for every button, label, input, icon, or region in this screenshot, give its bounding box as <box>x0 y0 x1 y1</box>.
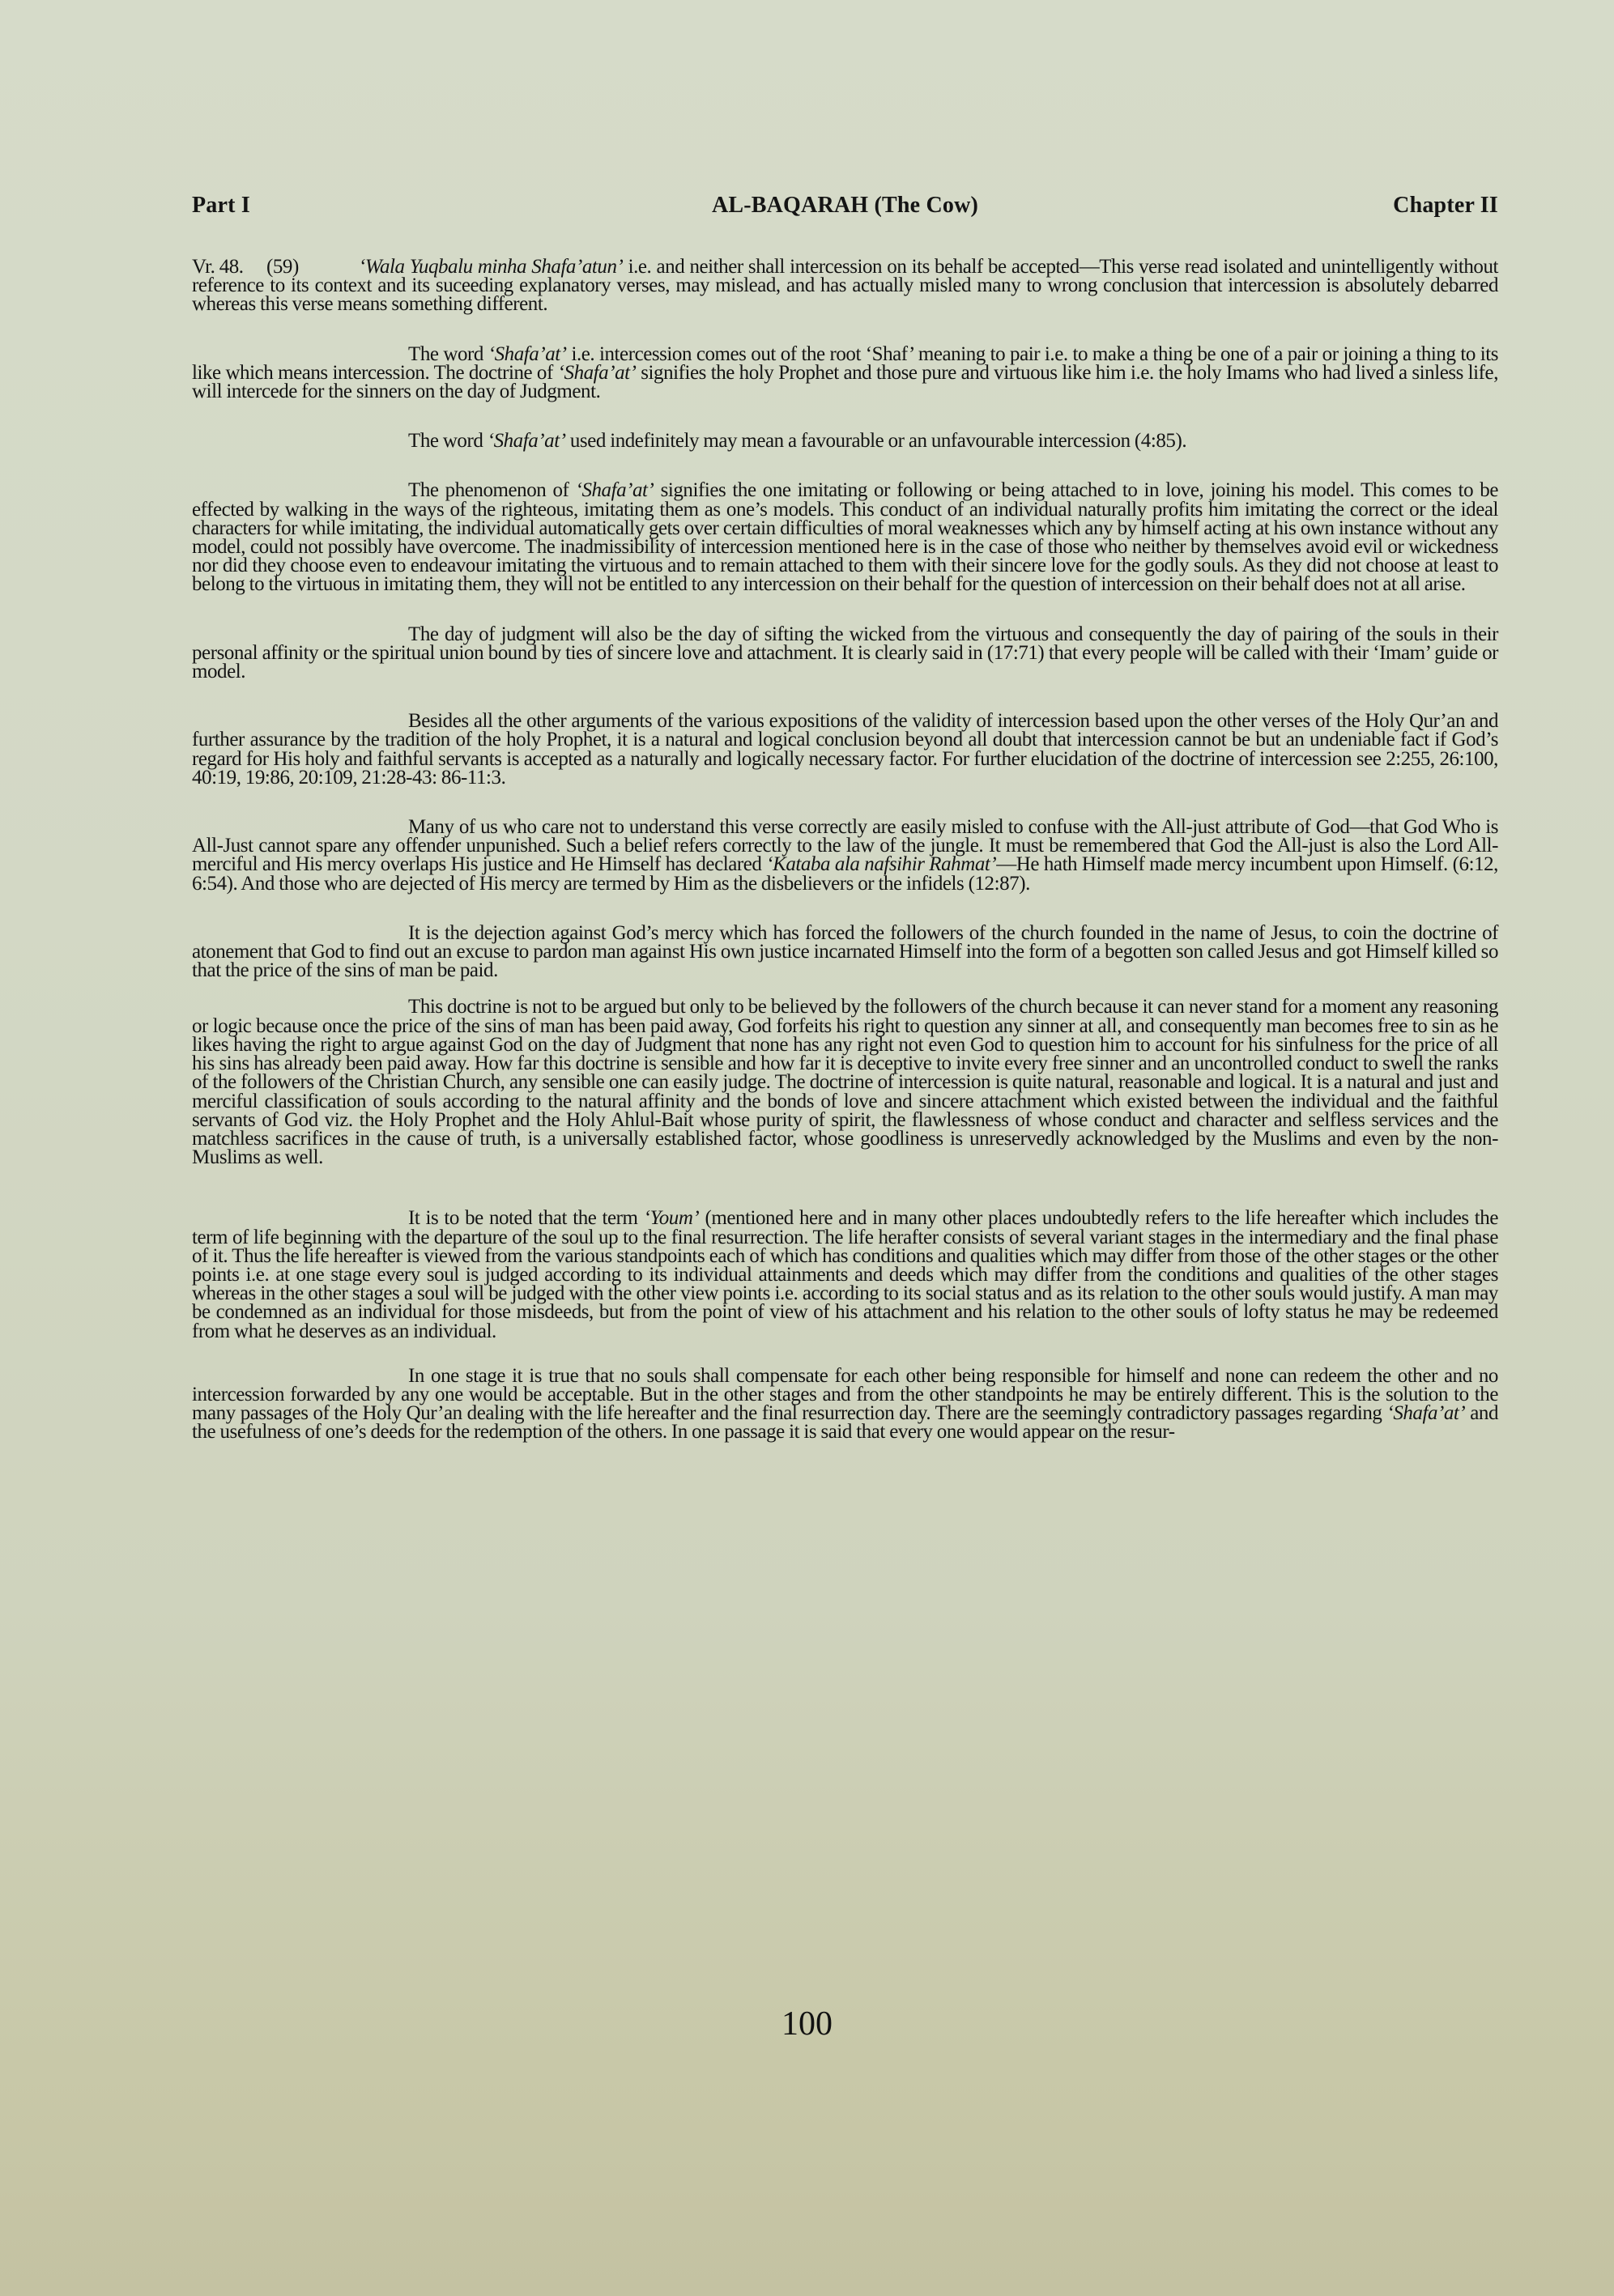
text-run: used indefinitely may mean a favourable … <box>566 430 1187 452</box>
running-header: Part I AL-BAQARAH (The Cow) Chapter II <box>192 186 1498 219</box>
paragraph-validity-of-intercession: Besides all the other arguments of the v… <box>192 712 1498 787</box>
italic-term: ‘Shafa’at’ <box>1386 1402 1465 1424</box>
note-number: (59) <box>266 257 359 276</box>
paragraph-all-just-attribute: Many of us who care not to understand th… <box>192 818 1498 893</box>
verse-label: Vr. 48. <box>192 257 266 276</box>
paragraph-atonement: It is the dejection against God’s mercy … <box>192 924 1498 980</box>
paragraph-shafaat-indefinite: The word ‘Shafa’at’ used indefinitely ma… <box>192 432 1498 450</box>
paragraph-shafaat-root: The word ‘Shafa’at’ i.e. intercession co… <box>192 345 1498 402</box>
commentary-body: Vr. 48.(59)‘Wala Yuqbalu minha Shafa’atu… <box>192 257 1498 1442</box>
paragraph-day-of-judgment: The day of judgment will also be the day… <box>192 625 1498 682</box>
text-run: The word <box>408 430 488 452</box>
paragraph-verse-48: Vr. 48.(59)‘Wala Yuqbalu minha Shafa’atu… <box>192 257 1498 314</box>
surah-title: AL-BAQARAH (The Cow) <box>192 193 1498 219</box>
page-number: 100 <box>0 2005 1614 2043</box>
book-page: Part I AL-BAQARAH (The Cow) Chapter II V… <box>192 186 1498 1442</box>
paragraph-stages: In one stage it is true that no souls sh… <box>192 1367 1498 1442</box>
text-run: In one stage it is true that no souls sh… <box>192 1365 1498 1424</box>
paragraph-shafaat-phenomenon: The phenomenon of ‘Shafa’at’ signifies t… <box>192 481 1498 593</box>
italic-term: ‘Shafa’at’ <box>488 430 566 452</box>
text-run: signifies the one imitating or following… <box>192 479 1498 595</box>
chapter-label: Chapter II <box>1393 193 1498 219</box>
text-run: (mentioned here and in many other places… <box>192 1207 1498 1341</box>
paragraph-youm-term: It is to be noted that the term ‘Youm’ (… <box>192 1209 1498 1340</box>
paragraph-doctrine-argument: This doctrine is not to be argued but on… <box>192 997 1498 1167</box>
